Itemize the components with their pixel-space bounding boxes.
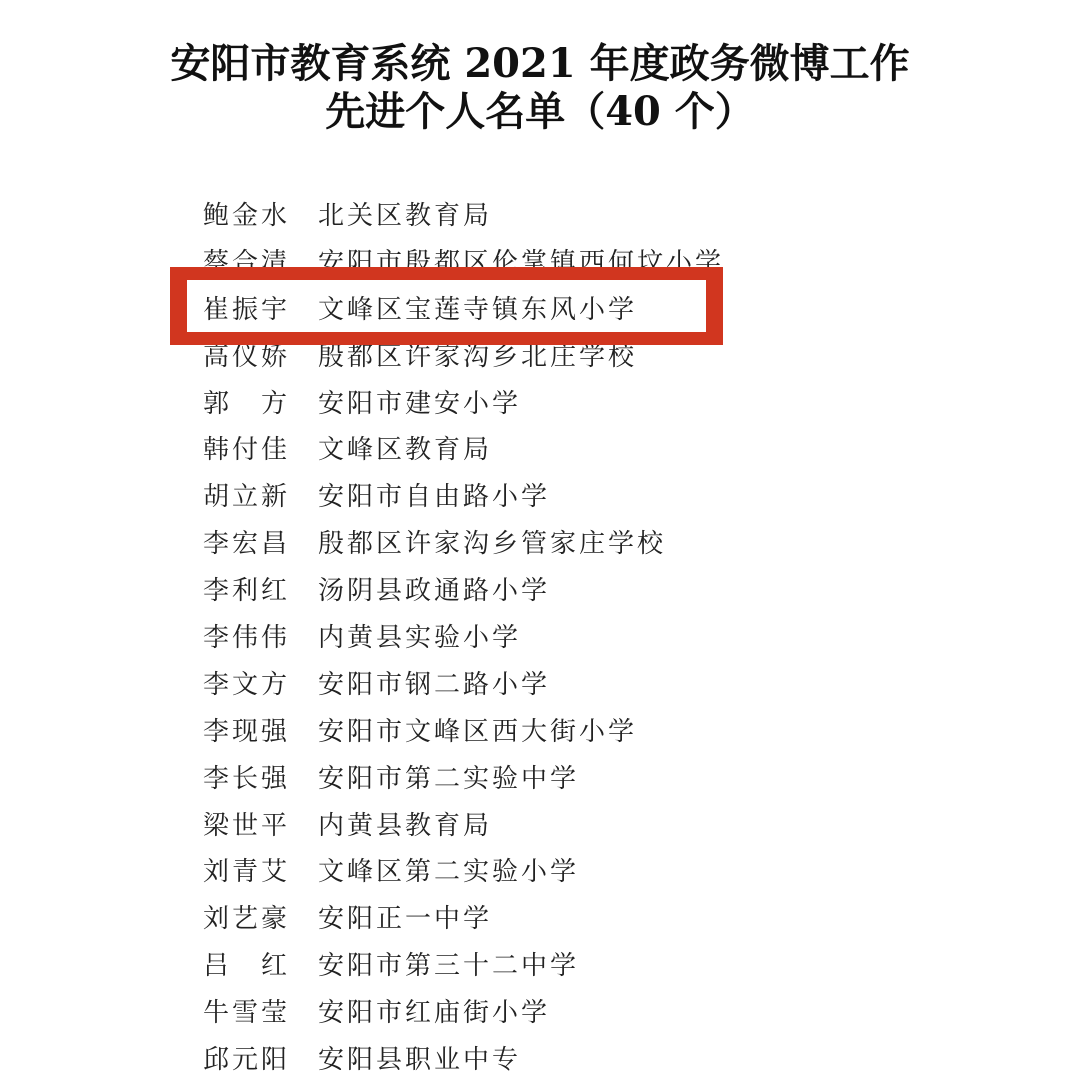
list-item: 李现强安阳市文峰区西大街小学 xyxy=(203,706,724,753)
person-unit: 安阳市自由路小学 xyxy=(318,476,550,513)
person-unit: 安阳市殷都区伦掌镇西何坟小学 xyxy=(318,242,724,279)
person-name: 胡立新 xyxy=(203,476,318,513)
person-name: 李利红 xyxy=(203,570,318,607)
person-name: 郭 方 xyxy=(203,383,318,420)
person-unit: 殷都区许家沟乡管家庄学校 xyxy=(318,523,666,560)
person-unit: 殷都区许家沟乡北庄学校 xyxy=(318,336,637,373)
list-item: 李利红汤阴县政通路小学 xyxy=(203,565,724,612)
list-item: 牛雪莹安阳市红庙街小学 xyxy=(203,987,724,1034)
list-item: 鲍金水北关区教育局 xyxy=(203,190,724,237)
list-item: 李文方安阳市钢二路小学 xyxy=(203,659,724,706)
person-unit: 安阳县职业中专 xyxy=(318,1039,521,1076)
person-name: 刘艺豪 xyxy=(203,898,318,935)
person-unit: 安阳市建安小学 xyxy=(318,383,521,420)
list-item: 邱元阳安阳县职业中专 xyxy=(203,1034,724,1081)
list-item: 刘艺豪安阳正一中学 xyxy=(203,893,724,940)
person-unit: 安阳市文峰区西大街小学 xyxy=(318,711,637,748)
list-item-highlighted: 崔振宇文峰区宝莲寺镇东风小学 xyxy=(203,284,724,331)
person-unit: 文峰区宝莲寺镇东风小学 xyxy=(318,289,637,326)
person-unit: 文峰区教育局 xyxy=(318,429,492,466)
person-name: 韩付佳 xyxy=(203,429,318,466)
list-item: 韩付佳文峰区教育局 xyxy=(203,424,724,471)
person-unit: 安阳市红庙街小学 xyxy=(318,992,550,1029)
list-item: 李伟伟内黄县实验小学 xyxy=(203,612,724,659)
person-name: 高仪娇 xyxy=(203,336,318,373)
person-unit: 安阳市钢二路小学 xyxy=(318,664,550,701)
person-name: 李宏昌 xyxy=(203,523,318,560)
list-item: 郭 方安阳市建安小学 xyxy=(203,378,724,425)
person-name: 崔振宇 xyxy=(203,289,318,326)
person-unit: 安阳正一中学 xyxy=(318,898,492,935)
list-item: 刘青艾文峰区第二实验小学 xyxy=(203,846,724,893)
person-unit: 安阳市第二实验中学 xyxy=(318,758,579,795)
person-name: 蔡合清 xyxy=(203,242,318,279)
person-name: 鲍金水 xyxy=(203,195,318,232)
person-unit: 安阳市第三十二中学 xyxy=(318,945,579,982)
person-name: 李文方 xyxy=(203,664,318,701)
document-title-line-2: 先进个人名单（40 个） xyxy=(0,88,1080,136)
list-item: 梁世平内黄县教育局 xyxy=(203,800,724,847)
person-unit: 内黄县实验小学 xyxy=(318,617,521,654)
person-name: 吕 红 xyxy=(203,945,318,982)
list-item: 胡立新安阳市自由路小学 xyxy=(203,471,724,518)
honoree-list: 鲍金水北关区教育局 蔡合清安阳市殷都区伦掌镇西何坟小学 崔振宇文峰区宝莲寺镇东风… xyxy=(203,190,724,1081)
person-name: 李伟伟 xyxy=(203,617,318,654)
person-name: 牛雪莹 xyxy=(203,992,318,1029)
person-unit: 文峰区第二实验小学 xyxy=(318,851,579,888)
list-item: 吕 红安阳市第三十二中学 xyxy=(203,940,724,987)
list-item: 李长强安阳市第二实验中学 xyxy=(203,753,724,800)
document-title-line-1: 安阳市教育系统 2021 年度政务微博工作 xyxy=(0,40,1080,88)
list-item: 蔡合清安阳市殷都区伦掌镇西何坟小学 xyxy=(203,237,724,284)
person-name: 邱元阳 xyxy=(203,1039,318,1076)
person-unit: 内黄县教育局 xyxy=(318,805,492,842)
person-name: 刘青艾 xyxy=(203,851,318,888)
list-item: 高仪娇殷都区许家沟乡北庄学校 xyxy=(203,331,724,378)
list-item: 李宏昌殷都区许家沟乡管家庄学校 xyxy=(203,518,724,565)
person-unit: 北关区教育局 xyxy=(318,195,492,232)
person-name: 梁世平 xyxy=(203,805,318,842)
person-name: 李现强 xyxy=(203,711,318,748)
person-unit: 汤阴县政通路小学 xyxy=(318,570,550,607)
person-name: 李长强 xyxy=(203,758,318,795)
